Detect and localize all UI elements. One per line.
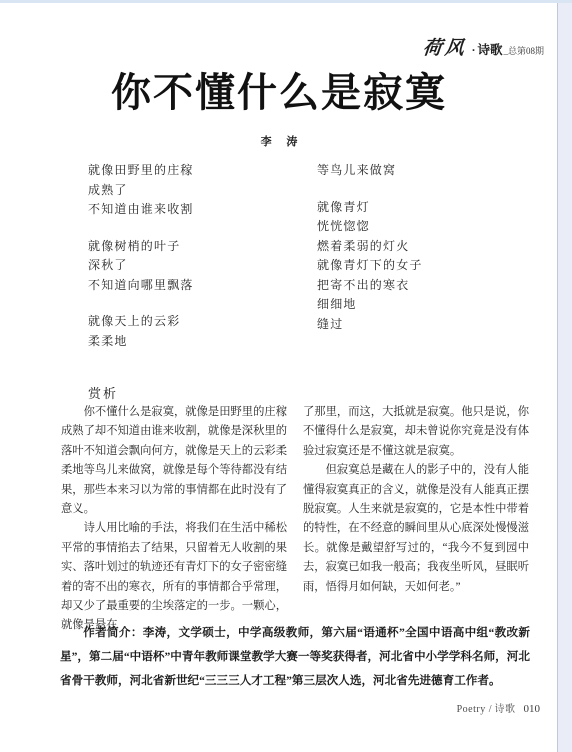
masthead-issue-number: _总第08期 xyxy=(503,44,544,57)
author-bio: 作者简介：李涛，文学硕士，中学高级教师，第六届“语通杯”全国中语高中组“教改新星… xyxy=(60,621,530,693)
poem-stanza-3: 就像天上的云彩 柔柔地 xyxy=(88,312,194,351)
poem-title: 你不懂什么是寂寞 xyxy=(0,70,558,116)
poem-column-left: 就像田野里的庄稼 成熟了 不知道由谁来收割 就像树梢的叶子 深秋了 不知道向哪里… xyxy=(88,161,194,368)
masthead-section-label: 诗歌 xyxy=(477,40,502,58)
poem-column-right: 等鸟儿来做窝 就像青灯 恍恍惚惚 燃着柔弱的灯火 就像青灯下的女子 把寄不出的寒… xyxy=(317,161,423,351)
analysis-paragraph-2-continued: 了那里，而这，大抵就是寂寞。他只是说，你不懂得什么是寂寞，却未曾说你究竟是没有体… xyxy=(303,403,529,461)
analysis-column-left: 你不懂什么是寂寞，就像是田野里的庄稼成熟了却不知道由谁来收割，就像是深秋里的落叶… xyxy=(61,403,287,636)
poem-stanza-3-continued: 等鸟儿来做窝 xyxy=(317,161,423,181)
masthead: 荷风 · 诗歌 _总第08期 xyxy=(423,33,544,60)
footer-section-en: Poetry xyxy=(457,704,486,715)
analysis-column-right: 了那里，而这，大抵就是寂寞。他只是说，你不懂得什么是寂寞，却未曾说你究竟是没有体… xyxy=(303,403,529,636)
footer-separator: / xyxy=(489,704,492,715)
footer-section-zh: 诗歌 xyxy=(495,700,516,715)
page-number: 010 xyxy=(524,703,541,715)
analysis-paragraph-1: 你不懂什么是寂寞，就像是田野里的庄稼成熟了却不知道由谁来收割，就像是深秋里的落叶… xyxy=(61,403,287,519)
analysis-heading: 赏析 xyxy=(88,383,118,402)
poem-title-emphasis-part: 寂寞 xyxy=(363,71,447,115)
poem-author: 李 涛 xyxy=(0,133,558,149)
analysis-columns: 你不懂什么是寂寞，就像是田野里的庄稼成熟了却不知道由谁来收割，就像是深秋里的落叶… xyxy=(61,403,529,636)
right-edge-strip xyxy=(557,3,572,752)
analysis-paragraph-3: 但寂寞总是藏在人的影子中的，没有人能懂得寂寞真正的含义，就像是没有人能真正摆脱寂… xyxy=(303,461,529,597)
poem-stanza-4: 就像青灯 恍恍惚惚 燃着柔弱的灯火 就像青灯下的女子 把寄不出的寒衣 细细地 缝… xyxy=(317,198,423,335)
masthead-dot: · xyxy=(471,43,475,58)
analysis-paragraph-2: 诗人用比喻的手法，将我们在生活中稀松平常的事情掐去了结果，只留着无人收割的果实、… xyxy=(61,519,287,635)
poem-stanza-2: 就像树梢的叶子 深秋了 不知道向哪里飘落 xyxy=(88,237,194,296)
poem-title-normal-part: 你不懂什么是 xyxy=(111,71,363,115)
page-footer: Poetry / 诗歌 010 xyxy=(457,700,540,715)
top-edge-strip xyxy=(0,0,572,3)
poem-stanza-1: 就像田野里的庄稼 成熟了 不知道由谁来收割 xyxy=(88,161,194,220)
magazine-logo-calligraphy: 荷风 xyxy=(422,33,469,60)
